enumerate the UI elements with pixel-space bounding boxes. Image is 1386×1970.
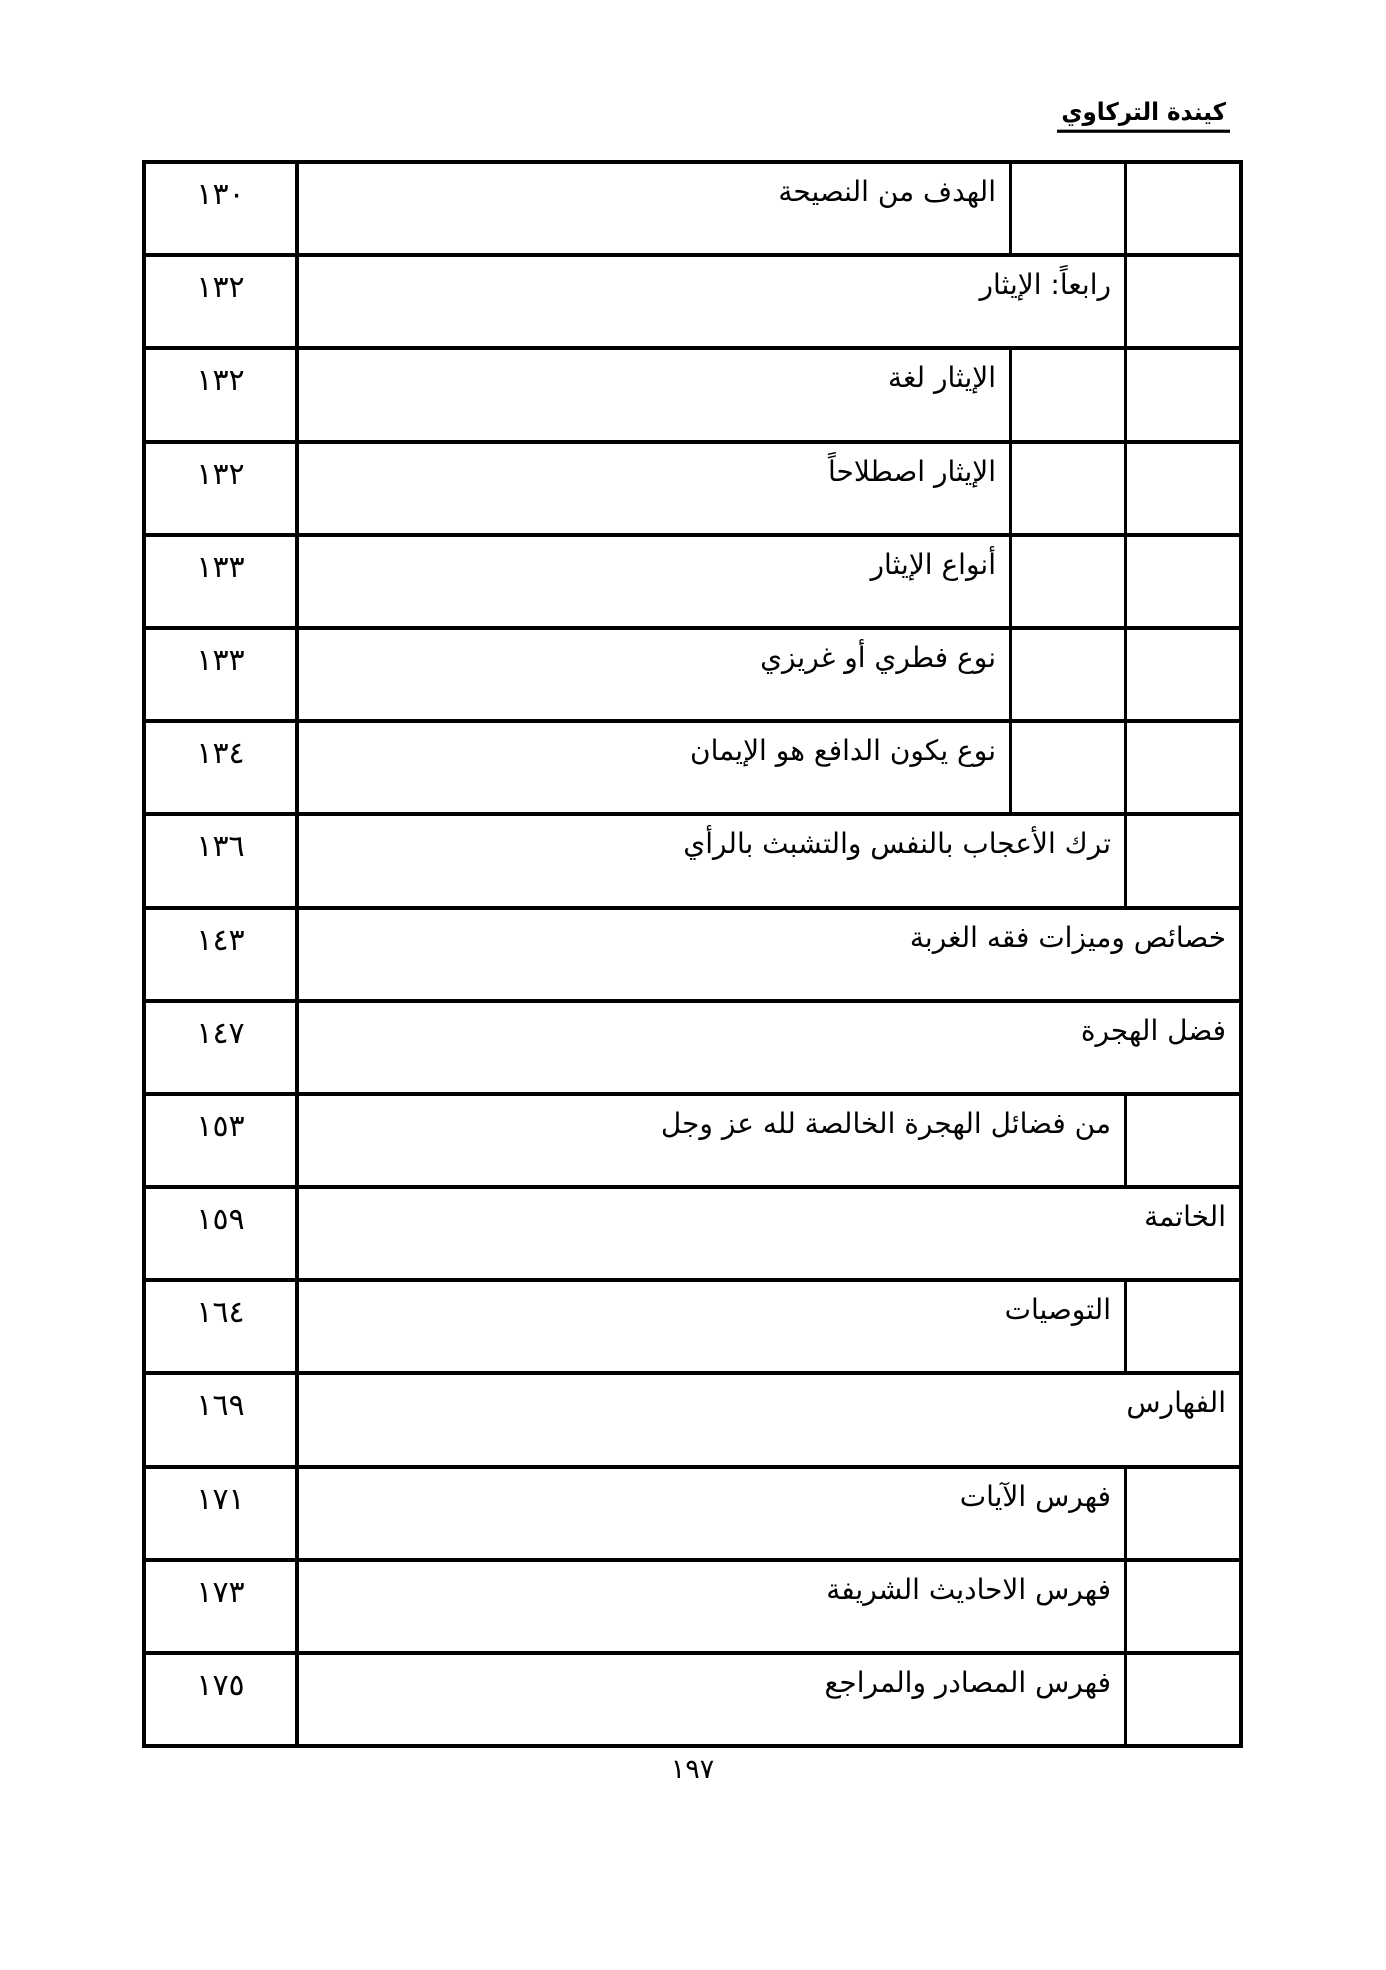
toc-entry-title: من فضائل الهجرة الخالصة لله عز وجل xyxy=(299,1096,1124,1185)
indent-spacer-cell xyxy=(1124,1096,1239,1185)
toc-row: ١٧١ فهرس الآيات xyxy=(146,1469,1239,1562)
indent-spacer-cell xyxy=(1124,1469,1239,1558)
indent-spacer-cell xyxy=(1124,444,1239,533)
toc-row: ١٤٣ خصائص وميزات فقه الغربة xyxy=(146,910,1239,1003)
toc-row: ١٥٣ من فضائل الهجرة الخالصة لله عز وجل xyxy=(146,1096,1239,1189)
indent-spacer-cell xyxy=(1124,1655,1239,1744)
toc-entry-title: الهدف من النصيحة xyxy=(299,164,1009,253)
toc-entry-page-number: ١٥٩ xyxy=(146,1189,299,1278)
indent-spacer-cell xyxy=(1124,630,1239,719)
toc-row: ١٦٤ التوصيات xyxy=(146,1282,1239,1375)
toc-entry-title: الخاتمة xyxy=(299,1189,1239,1278)
toc-entry-page-number: ١٧١ xyxy=(146,1469,299,1558)
toc-entry-title: نوع يكون الدافع هو الإيمان xyxy=(299,723,1009,812)
indent-spacer-cell xyxy=(1124,1562,1239,1651)
toc-entry-title: الإيثار لغة xyxy=(299,350,1009,439)
page-number: ١٩٧ xyxy=(142,1754,1243,1785)
indent-spacer-cell xyxy=(1009,164,1124,253)
toc-entry-title: الإيثار اصطلاحاً xyxy=(299,444,1009,533)
toc-row: ١٧٣ فهرس الاحاديث الشريفة xyxy=(146,1562,1239,1655)
toc-row: ١٣٠ الهدف من النصيحة xyxy=(146,164,1239,257)
toc-entry-page-number: ١٣٢ xyxy=(146,257,299,346)
indent-spacer-cell xyxy=(1009,350,1124,439)
toc-entry-title: أنواع الإيثار xyxy=(299,537,1009,626)
toc-entry-title: رابعاً: الإيثار xyxy=(299,257,1124,346)
toc-entry-title: فهرس الآيات xyxy=(299,1469,1124,1558)
toc-row: ١٣٢ رابعاً: الإيثار xyxy=(146,257,1239,350)
toc-row: ١٣٤ نوع يكون الدافع هو الإيمان xyxy=(146,723,1239,816)
indent-spacer-cell xyxy=(1124,1282,1239,1371)
toc-row: ١٣٣ أنواع الإيثار xyxy=(146,537,1239,630)
toc-entry-title: ترك الأعجاب بالنفس والتشبث بالرأي xyxy=(299,816,1124,905)
indent-spacer-cell xyxy=(1124,350,1239,439)
toc-entry-page-number: ١٦٩ xyxy=(146,1375,299,1464)
toc-entry-page-number: ١٣٦ xyxy=(146,816,299,905)
indent-spacer-cell xyxy=(1009,630,1124,719)
indent-spacer-cell xyxy=(1124,537,1239,626)
indent-spacer-cell xyxy=(1009,444,1124,533)
toc-entry-title: التوصيات xyxy=(299,1282,1124,1371)
toc-entry-page-number: ١٣٠ xyxy=(146,164,299,253)
toc-entry-page-number: ١٣٣ xyxy=(146,630,299,719)
toc-entry-title: خصائص وميزات فقه الغربة xyxy=(299,910,1239,999)
toc-entry-title: فهرس الاحاديث الشريفة xyxy=(299,1562,1124,1651)
indent-spacer-cell xyxy=(1124,257,1239,346)
toc-entry-page-number: ١٣٢ xyxy=(146,350,299,439)
indent-spacer-cell xyxy=(1009,723,1124,812)
toc-entry-page-number: ١٧٣ xyxy=(146,1562,299,1651)
toc-row: ١٧٥ فهرس المصادر والمراجع xyxy=(146,1655,1239,1744)
author-signature-calligraphy: كيندة التركاوي xyxy=(1057,99,1230,133)
document-page: كيندة التركاوي ١٣٠ الهدف من النصيحة ١٣٢ … xyxy=(0,0,1386,1970)
toc-entry-page-number: ١٣٢ xyxy=(146,444,299,533)
indent-spacer-cell xyxy=(1124,723,1239,812)
toc-row: ١٣٦ ترك الأعجاب بالنفس والتشبث بالرأي xyxy=(146,816,1239,909)
toc-entry-title: نوع فطري أو غريزي xyxy=(299,630,1009,719)
toc-row: ١٣٣ نوع فطري أو غريزي xyxy=(146,630,1239,723)
toc-row: ١٥٩ الخاتمة xyxy=(146,1189,1239,1282)
indent-spacer-cell xyxy=(1124,816,1239,905)
toc-row: ١٤٧ فضل الهجرة xyxy=(146,1003,1239,1096)
indent-spacer-cell xyxy=(1124,164,1239,253)
toc-entry-page-number: ١٣٣ xyxy=(146,537,299,626)
toc-entry-title: الفهارس xyxy=(299,1375,1239,1464)
toc-row: ١٣٢ الإيثار لغة xyxy=(146,350,1239,443)
toc-entry-page-number: ١٥٣ xyxy=(146,1096,299,1185)
toc-entry-title: فضل الهجرة xyxy=(299,1003,1239,1092)
toc-entry-page-number: ١٣٤ xyxy=(146,723,299,812)
toc-entry-title: فهرس المصادر والمراجع xyxy=(299,1655,1124,1744)
toc-row: ١٦٩ الفهارس xyxy=(146,1375,1239,1468)
toc-entry-page-number: ١٧٥ xyxy=(146,1655,299,1744)
toc-row: ١٣٢ الإيثار اصطلاحاً xyxy=(146,444,1239,537)
toc-entry-page-number: ١٤٧ xyxy=(146,1003,299,1092)
toc-table: ١٣٠ الهدف من النصيحة ١٣٢ رابعاً: الإيثار… xyxy=(142,160,1243,1748)
indent-spacer-cell xyxy=(1009,537,1124,626)
toc-entry-page-number: ١٦٤ xyxy=(146,1282,299,1371)
toc-entry-page-number: ١٤٣ xyxy=(146,910,299,999)
